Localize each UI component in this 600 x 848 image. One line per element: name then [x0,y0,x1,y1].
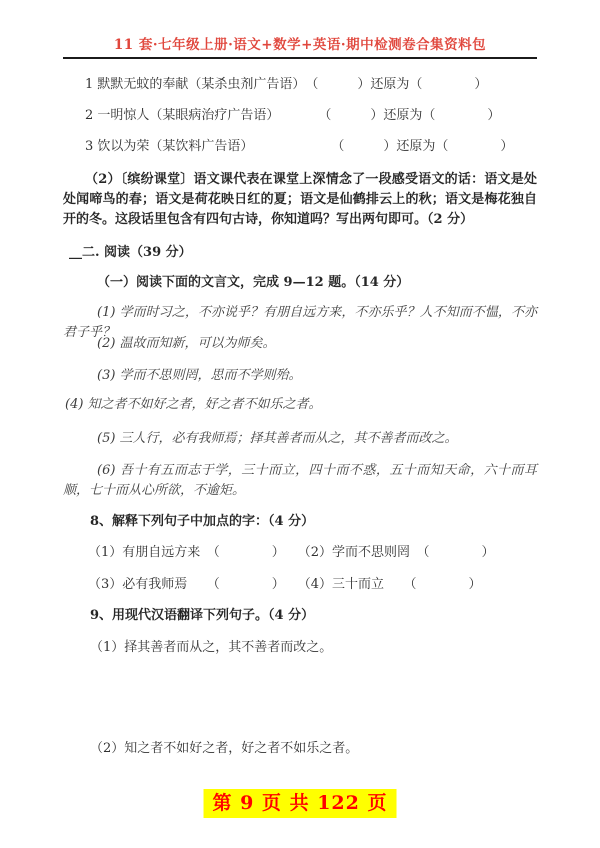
page-number-indicator: 第 9 页 共 122 页 [204,789,397,818]
exam-document-page: 11 套·七年级上册·语文+数学+英语·期中检测卷合集资料包 1 默默无蚊的奉献… [0,0,600,848]
ad-slogan-line-1: 1 默默无蚊的奉献（某杀虫剂广告语） （ ）还原为（ ） [63,75,537,95]
header-divider-rule [63,57,537,59]
question-9-item-2: （2）知之者不如好之者，好之者不如乐之者。 [63,739,537,759]
ad-slogan-line-2: 2 一明惊人（某眼病治疗广告语） （ ）还原为（ ） [63,106,537,126]
passage-sentence-5: (5) 三人行，必有我师焉；择其善者而从之，其不善者而改之。 [63,429,537,449]
section-2-heading: __二. 阅读（39 分） [63,243,537,263]
passage-sentence-6: (6) 吾十有五而志于学，三十而立，四十而不惑，五十而知天命，六十而耳顺，七十而… [63,461,537,501]
passage-sentence-3: (3) 学而不思则罔，思而不学则殆。 [63,366,537,386]
question-8-row-2: （3）必有我师焉 （ ） （4）三十而立 （ ） [63,575,537,595]
question-8-row-1: （1）有朋自远方来 （ ） （2）学而不思则罔 （ ） [63,543,537,563]
question-2-paragraph: （2）〔缤纷课堂〕语文课代表在课堂上深情念了一段感受语文的话：语文是处处闻啼鸟的… [63,170,537,230]
passage-sentence-4: (4) 知之者不如好之者，好之者不如乐之者。 [63,395,537,415]
question-8-heading: 8、解释下列句子中加点的字：（4 分） [63,512,537,532]
passage-heading: （一）阅读下面的文言文，完成 9—12 题。（14 分） [63,273,537,293]
passage-sentence-2: (2) 温故而知新，可以为师矣。 [63,334,537,354]
ad-slogan-line-3: 3 饮以为荣（某饮料广告语） （ ）还原为（ ） [63,137,537,157]
question-9-item-1: （1）择其善者而从之，其不善者而改之。 [63,638,537,658]
question-9-heading: 9、用现代汉语翻译下列句子。（4 分） [63,606,537,626]
document-header-title: 11 套·七年级上册·语文+数学+英语·期中检测卷合集资料包 [0,33,600,53]
